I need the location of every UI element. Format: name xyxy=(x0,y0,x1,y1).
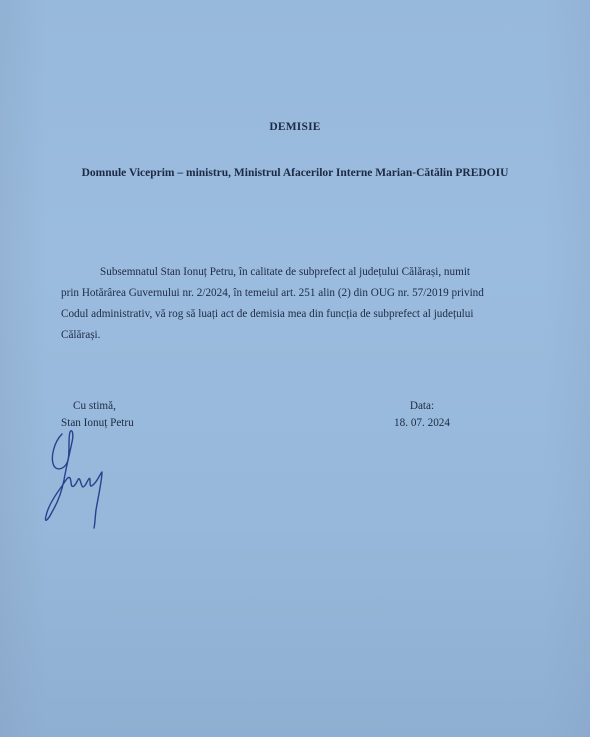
body-line: Codul administrativ, vă rog să luați act… xyxy=(61,304,461,325)
addressee-line: Domnule Viceprim – ministru, Ministrul A… xyxy=(0,167,590,179)
salutation: Cu stimă, xyxy=(61,398,134,415)
body-line: Călărași. xyxy=(61,325,461,346)
closing-block: Cu stimă, Stan Ionuț Petru xyxy=(61,398,134,432)
date-value: 18. 07. 2024 xyxy=(386,415,458,432)
body-line: Subsemnatul Stan Ionuț Petru, în calitat… xyxy=(61,262,461,283)
date-label: Data: xyxy=(386,398,458,415)
signature-icon xyxy=(40,428,120,532)
paper-shading xyxy=(0,0,590,737)
body-paragraph: Subsemnatul Stan Ionuț Petru, în calitat… xyxy=(61,262,461,346)
body-line: prin Hotărârea Guvernului nr. 2/2024, în… xyxy=(61,283,461,304)
document-title: DEMISIE xyxy=(0,121,590,133)
date-block: Data: 18. 07. 2024 xyxy=(386,398,458,432)
